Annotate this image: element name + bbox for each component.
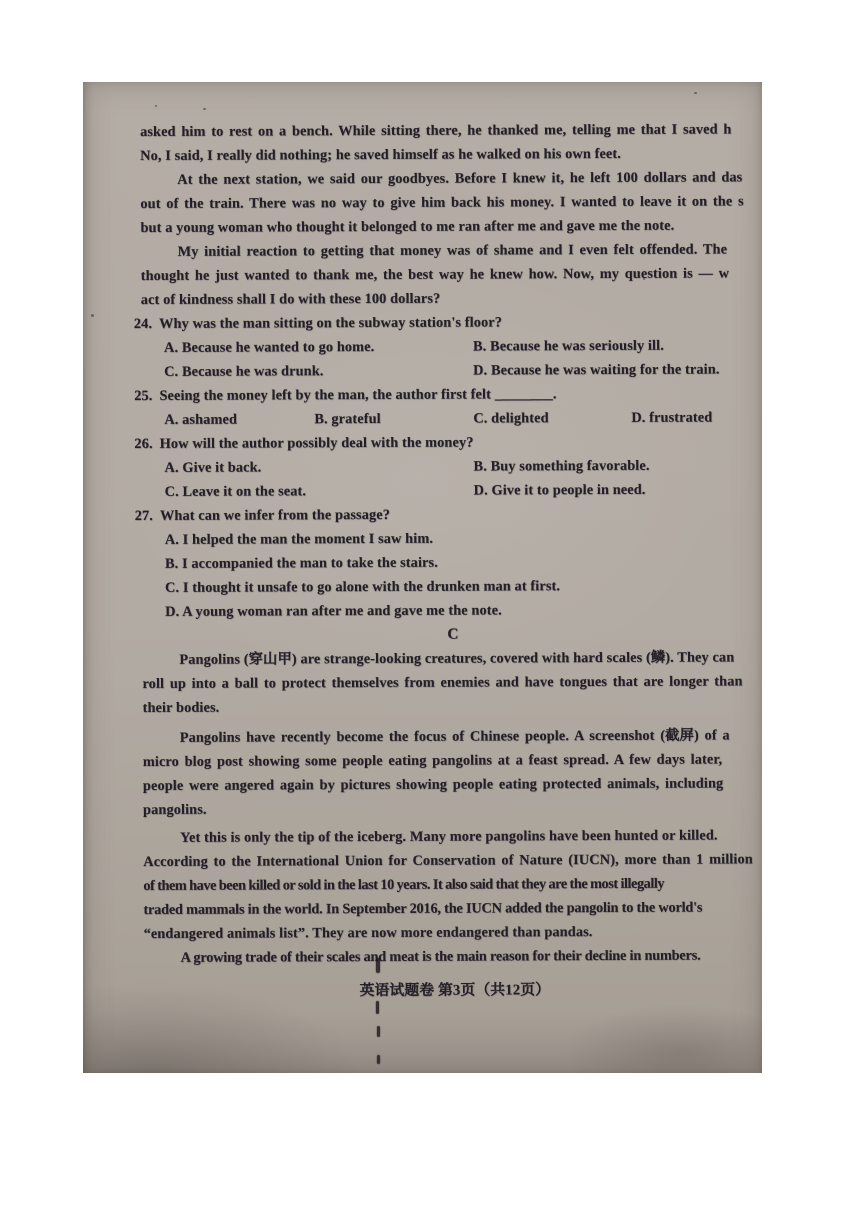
- question-26-options-row-1: A. Give it back. B. Buy something favora…: [141, 453, 762, 480]
- paper-speck: [203, 108, 206, 110]
- passage-line: people were angered again by pictures sh…: [143, 771, 762, 798]
- passage-line: micro blog post showing some people eati…: [143, 747, 762, 774]
- question-24-options-row-2: C. Because he was drunk. D. Because he w…: [141, 357, 762, 384]
- question-text: What can we infer from the passage?: [160, 507, 390, 524]
- page-footer-label: 英语试题卷 第3页（共12页）: [144, 977, 762, 1004]
- question-number: 26.: [134, 432, 152, 456]
- question-24-options-row-1: A. Because he wanted to go home. B. Beca…: [141, 333, 762, 360]
- passage-line: A growing trade of their scales and meat…: [144, 943, 762, 970]
- paper-speck: [643, 278, 645, 280]
- option-d: D. Give it to people in need.: [474, 478, 646, 503]
- question-26: 26.How will the author possibly deal wit…: [141, 429, 762, 504]
- option-c: C. delighted: [473, 406, 548, 430]
- option-c: C. I thought it unsafe to go alone with …: [142, 573, 762, 600]
- question-26-stem: 26.How will the author possibly deal wit…: [134, 429, 762, 456]
- question-25: 25.Seeing the money left by the man, the…: [141, 381, 762, 432]
- ink-smudge: [377, 1026, 380, 1037]
- option-c: C. Because he was drunk.: [164, 359, 323, 384]
- passage-line: their bodies.: [143, 693, 762, 720]
- option-b: B. I accompanied the man to take the sta…: [142, 549, 762, 576]
- ink-smudge: [376, 958, 380, 973]
- bottom-shading: [83, 1013, 762, 1073]
- paper-speck: [155, 105, 157, 107]
- passage-line: traded mammals in the world. In Septembe…: [143, 895, 762, 922]
- passage-c-paragraph-1: Pangolins (穿山甲) are strange-looking crea…: [142, 645, 762, 720]
- passage-line: out of the train. There was no way to gi…: [140, 189, 762, 216]
- passage-line: thought he just wanted to thank me, the …: [141, 261, 762, 288]
- passage-line: Yet this is only the tip of the iceberg.…: [143, 823, 762, 850]
- passage-line: No, I said, I really did nothing; he sav…: [140, 141, 762, 168]
- option-d: D. frustrated: [631, 406, 712, 430]
- paper-speck: [91, 314, 94, 317]
- passage-line: “endangered animals list”. They are now …: [143, 919, 762, 946]
- question-number: 25.: [134, 384, 152, 408]
- option-d: D. A young woman ran after me and gave m…: [142, 597, 762, 624]
- option-c: C. Leave it on the seat.: [165, 479, 307, 504]
- option-a: A. I helped the man the moment I saw him…: [142, 525, 762, 552]
- ink-smudge: [376, 1001, 379, 1014]
- passage-b-continuation: asked him to rest on a bench. While sitt…: [140, 117, 762, 312]
- option-a: A. Give it back.: [164, 455, 261, 479]
- question-text: How will the author possibly deal with t…: [160, 435, 474, 452]
- option-b: B. Buy something favorable.: [473, 454, 649, 479]
- passage-line: pangolins.: [143, 795, 762, 822]
- passage-line: but a young woman who thought it belonge…: [140, 213, 762, 240]
- ink-smudge: [377, 1055, 380, 1064]
- passage-line: of them have been killed or sold in the …: [143, 871, 762, 898]
- option-b: B. Because he was seriously ill.: [473, 334, 664, 359]
- passage-line: At the next station, we said our goodbye…: [140, 165, 762, 192]
- question-27-stem: 27.What can we infer from the passage?: [135, 501, 762, 528]
- paper-speck: [694, 92, 697, 94]
- question-text: Why was the man sitting on the subway st…: [159, 314, 502, 331]
- passage-c-paragraph-4: A growing trade of their scales and meat…: [144, 943, 762, 970]
- passage-line: Pangolins have recently become the focus…: [143, 723, 762, 750]
- passage-c-paragraph-2: Pangolins have recently become the focus…: [143, 723, 762, 822]
- passage-line: According to the International Union for…: [143, 847, 762, 874]
- passage-line: Pangolins (穿山甲) are strange-looking crea…: [142, 645, 762, 672]
- question-25-stem: 25.Seeing the money left by the man, the…: [134, 381, 762, 408]
- question-24-stem: 24.Why was the man sitting on the subway…: [134, 309, 762, 336]
- option-b: B. grateful: [314, 407, 381, 431]
- exam-page-content: asked him to rest on a bench. While sitt…: [140, 117, 762, 1004]
- passage-line: asked him to rest on a bench. While sitt…: [140, 117, 762, 144]
- section-c-header: C: [142, 621, 762, 648]
- question-number: 27.: [135, 504, 153, 528]
- question-27: 27.What can we infer from the passage? A…: [142, 501, 762, 624]
- option-d: D. Because he was waiting for the train.: [473, 357, 719, 382]
- exam-paper-sheet: asked him to rest on a bench. While sitt…: [83, 82, 762, 1073]
- question-25-options-row: A. ashamed B. grateful C. delighted D. f…: [141, 405, 762, 432]
- passage-line: act of kindness shall I do with these 10…: [141, 285, 762, 312]
- option-a: A. ashamed: [164, 408, 237, 432]
- question-text: Seeing the money left by the man, the au…: [159, 386, 556, 404]
- question-24: 24.Why was the man sitting on the subway…: [141, 309, 762, 384]
- passage-c-paragraph-3: Yet this is only the tip of the iceberg.…: [143, 823, 762, 946]
- passage-line: My initial reaction to getting that mone…: [141, 237, 762, 264]
- question-number: 24.: [134, 312, 152, 336]
- passage-line: roll up into a ball to protect themselve…: [142, 669, 762, 696]
- option-a: A. Because he wanted to go home.: [164, 335, 374, 360]
- question-26-options-row-2: C. Leave it on the seat. D. Give it to p…: [142, 477, 762, 504]
